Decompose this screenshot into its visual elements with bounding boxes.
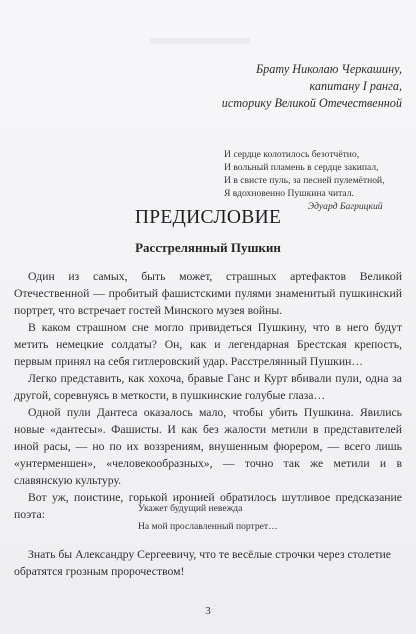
paragraph: Знать бы Александру Сергеевичу, что те в… [14,546,402,580]
verse-line: Укажет будущий невежда [138,500,278,518]
chapter-subtitle: Расстрелянный Пушкин [0,240,416,256]
paragraph: В каком страшном сне могло привидеться П… [14,319,402,370]
paragraph: Одной пули Дантеса оказалось мало, чтобы… [14,404,402,489]
verse-line: На мой прославленный портрет… [138,518,278,536]
book-page: Брату Николаю Черкашину, капитану I ранг… [0,0,416,634]
dedication-line: Брату Николаю Черкашину, [222,61,402,78]
epigraph-line: И вольный пламень в сердце закипал, [224,161,385,174]
dedication: Брату Николаю Черкашину, капитану I ранг… [222,61,402,112]
page-number: 3 [0,605,416,617]
paragraph: Легко представить, как хохоча, бравые Га… [14,370,402,404]
verse-quote: Укажет будущий невежда На мой прославлен… [138,500,278,536]
body-text: Один из самых, быть может, страшных арте… [14,268,402,523]
paragraph: Один из самых, быть может, страшных арте… [14,268,402,319]
epigraph: И сердце колотилось безотчётно, И вольны… [224,148,385,213]
epigraph-line: И сердце колотилось безотчётно, [224,148,385,161]
epigraph-line: Я вдохновенно Пушкина читал. [224,187,385,200]
chapter-title: ПРЕДИСЛОВИЕ [0,207,416,229]
dedication-line: капитану I ранга, [222,78,402,95]
bleed-through-header [150,38,250,44]
epigraph-line: И в свисте пуль, за песней пулемётной, [224,174,385,187]
dedication-line: историку Великой Отечественной [222,95,402,112]
closing-paragraph: Знать бы Александру Сергеевичу, что те в… [14,546,402,580]
